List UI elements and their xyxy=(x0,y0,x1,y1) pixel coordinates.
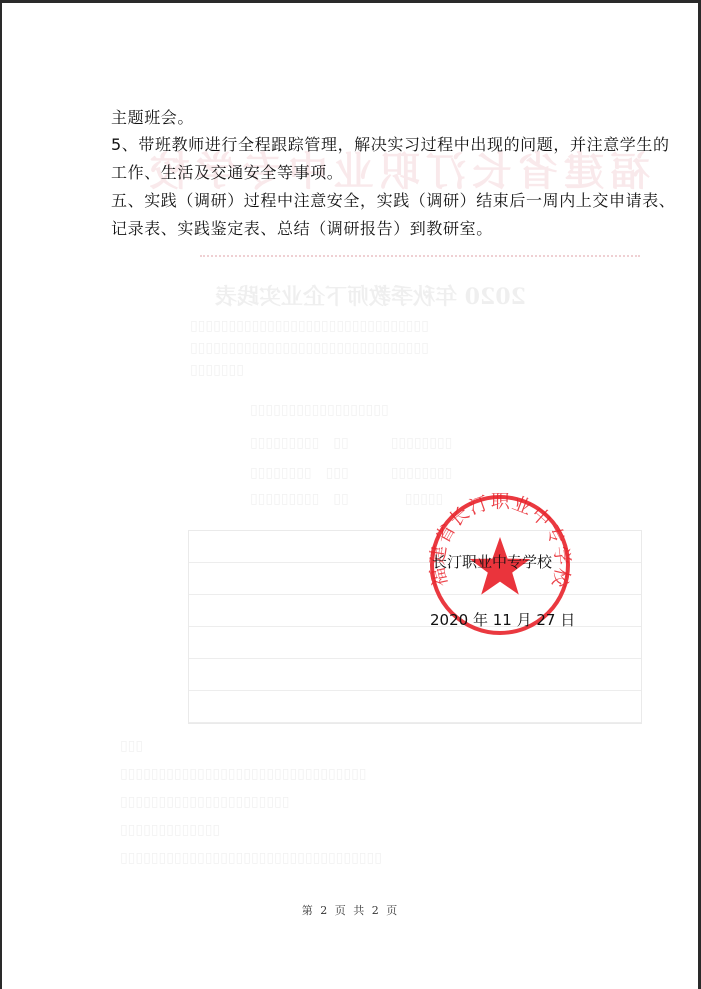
signature-school-name: 长汀职业中专学校 xyxy=(432,551,552,572)
scan-border xyxy=(0,0,701,989)
signature-date: 2020 年 11 月 27 日 xyxy=(430,609,575,630)
